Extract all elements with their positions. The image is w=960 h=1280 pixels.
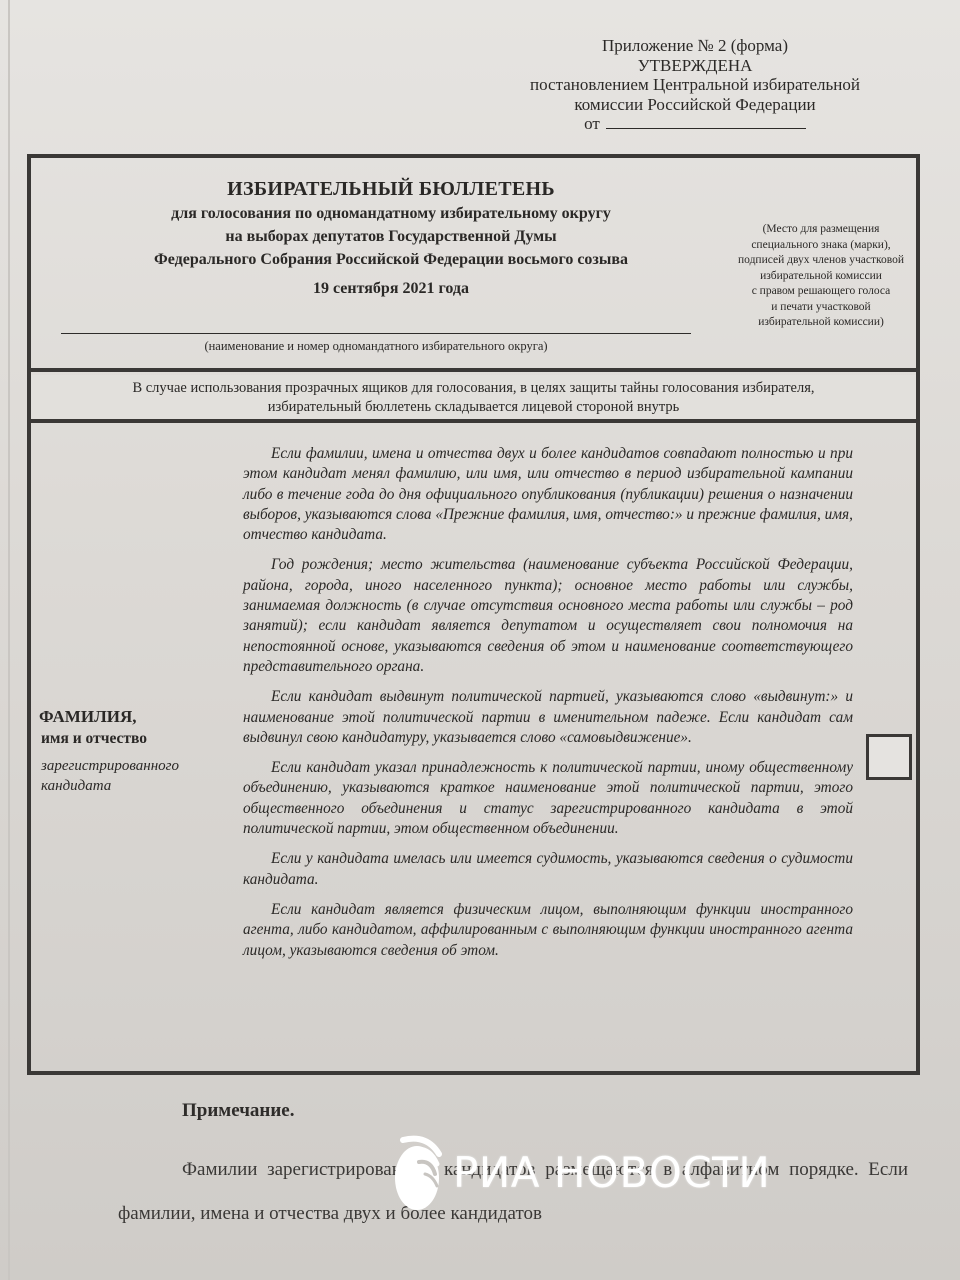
approved-label: УТВЕРЖДЕНА — [505, 56, 885, 76]
stamp-note-line: с правом решающего голоса — [723, 284, 919, 300]
date-blank-line — [606, 114, 806, 129]
label-surname: ФАМИЛИЯ, — [39, 706, 239, 728]
watermark: РИА НОВОСТИ — [393, 1130, 770, 1214]
ria-novosti-logo-icon — [393, 1130, 445, 1214]
paper-edge — [8, 0, 10, 1280]
stamp-note-line: избирательной комиссии) — [723, 315, 919, 331]
stamp-note-line: и печати участковой — [723, 300, 919, 316]
secrecy-notice: В случае использования прозрачных ящиков… — [31, 375, 916, 423]
ballot-title: ИЗБИРАТЕЛЬНЫЙ БЮЛЛЕТЕНЬ — [71, 176, 711, 202]
notice-line-2: избирательный бюллетень складывается лиц… — [31, 398, 916, 417]
ballot-title-block: ИЗБИРАТЕЛЬНЫЙ БЮЛЛЕТЕНЬ для голосования … — [71, 176, 711, 300]
ballot-subtitle-1: для голосования по одномандатному избира… — [71, 202, 711, 225]
district-caption: (наименование и номер одномандатного изб… — [61, 339, 691, 354]
stamp-note-line: специального знака (марки), — [723, 238, 919, 254]
candidate-row: ФАМИЛИЯ, имя и отчество зарегистрированн… — [31, 426, 916, 1071]
stamp-note-line: подписей двух членов участковой — [723, 253, 919, 269]
note-title: Примечание. — [182, 1100, 295, 1122]
ballot-subtitle-3: Федерального Собрания Российской Федерац… — [71, 248, 711, 271]
ballot-frame: ИЗБИРАТЕЛЬНЫЙ БЮЛЛЕТЕНЬ для голосования … — [27, 154, 920, 1075]
instruction-paragraph: Если кандидат выдвинут политической парт… — [243, 687, 853, 748]
from-row: от — [505, 114, 885, 134]
approval-block: Приложение № 2 (форма) УТВЕРЖДЕНА постан… — [505, 36, 885, 134]
instruction-paragraph: Если фамилии, имена и отчества двух и бо… — [243, 444, 853, 545]
from-label: от — [584, 114, 600, 133]
stamp-placement-note: (Место для размещения специального знака… — [723, 222, 919, 331]
resolution-line-2: комиссии Российской Федерации — [505, 95, 885, 115]
watermark-text: РИА НОВОСТИ — [453, 1148, 770, 1197]
district-blank-line — [61, 333, 691, 334]
ballot-subtitle-2: на выборах депутатов Государственной Дум… — [71, 225, 711, 248]
election-date: 19 сентября 2021 года — [71, 278, 711, 300]
instruction-paragraph: Если кандидат является физическим лицом,… — [243, 900, 853, 961]
resolution-line-1: постановлением Центральной избирательной — [505, 75, 885, 95]
instruction-paragraph: Если кандидат указал принадлежность к по… — [243, 758, 853, 839]
appendix-label: Приложение № 2 (форма) — [505, 36, 885, 56]
label-name: имя и отчество — [39, 728, 239, 750]
instruction-paragraph: Если у кандидата имелась или имеется суд… — [243, 849, 853, 890]
candidate-instructions: Если фамилии, имена и отчества двух и бо… — [243, 444, 853, 971]
vote-checkbox[interactable] — [866, 734, 912, 780]
ballot-header: ИЗБИРАТЕЛЬНЫЙ БЮЛЛЕТЕНЬ для голосования … — [31, 158, 916, 372]
stamp-note-line: избирательной комиссии — [723, 269, 919, 285]
label-registered: зарегистрированного кандидата — [39, 756, 239, 796]
stamp-note-line: (Место для размещения — [723, 222, 919, 238]
notice-line-1: В случае использования прозрачных ящиков… — [31, 379, 916, 398]
candidate-label: ФАМИЛИЯ, имя и отчество зарегистрированн… — [39, 706, 239, 796]
instruction-paragraph: Год рождения; место жительства (наименов… — [243, 555, 853, 677]
